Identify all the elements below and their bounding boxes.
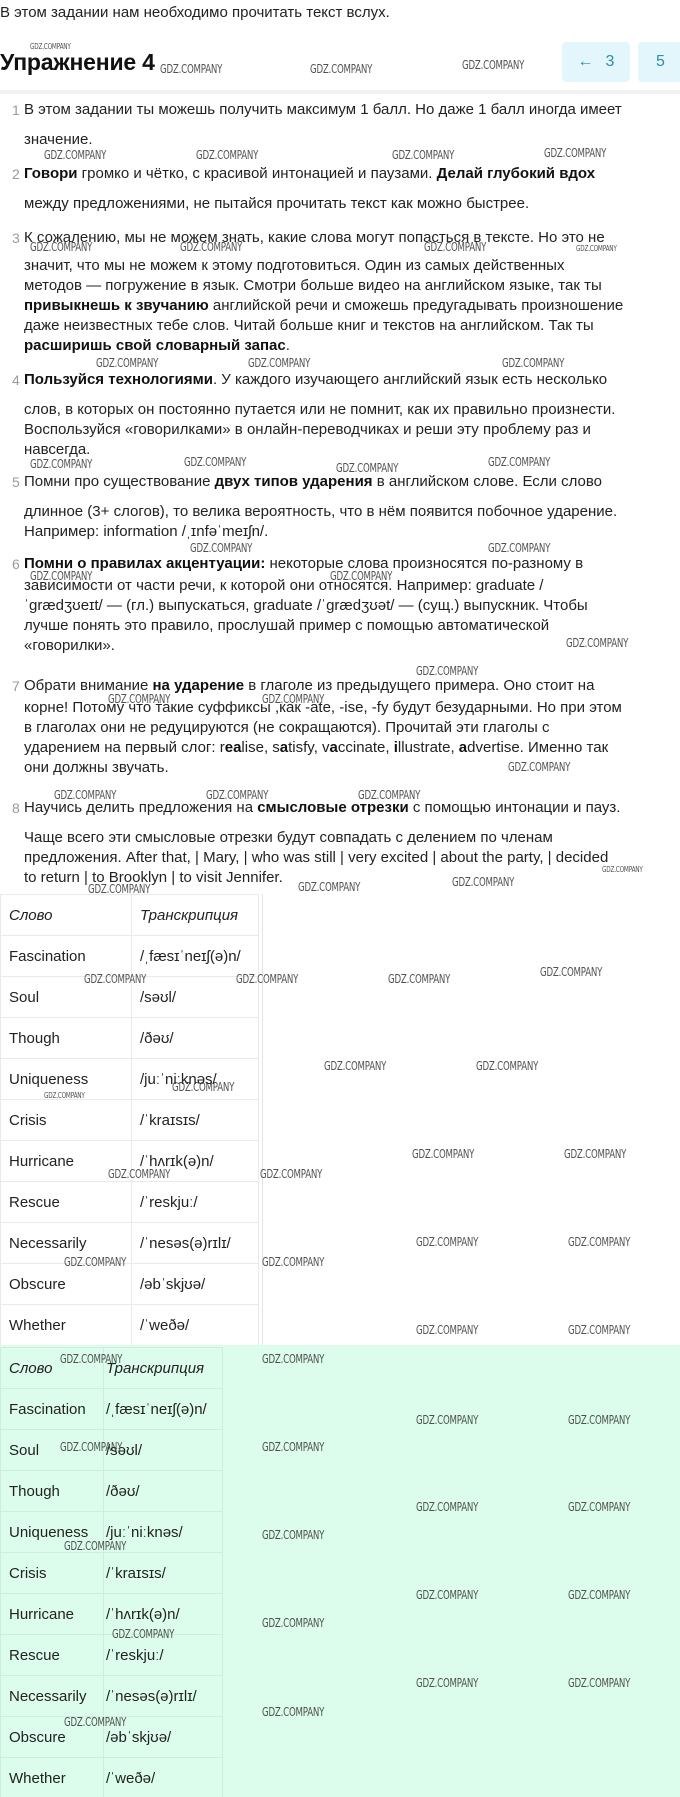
step-text: Научись делить предложения на смысловые … [24,798,674,888]
watermark: GDZ.COMPANY [488,541,550,555]
exercise-header: Упражнение 4 ← 3 5 → [0,42,680,86]
word-cell: Obscure [1,1717,104,1758]
step-line: Говори громко и чётко, с красивой интона… [24,164,674,184]
word-cell: Hurricane [1,1594,104,1635]
step-number: 7 [12,676,20,696]
table-row: Soul/səʊl/ [1,1430,223,1471]
transcription-cell: /ˌfæsɪˈneɪʃ(ə)n/ [104,1389,223,1430]
step-number: 1 [12,100,20,120]
step-text: Обрати внимание на ударение в глаголе из… [24,676,674,778]
watermark: GDZ.COMPANY [564,1147,626,1161]
text: . У каждого изучающего английский язык е… [213,371,607,388]
stressed-syllable: a [459,739,467,756]
text: громко и чётко, с красивой интонацией и … [78,165,437,182]
step-line: Чаще всего эти смысловые отрезки будут с… [24,828,674,848]
emphasis: Пользуйся технологиями [24,371,213,388]
word-cell: Obscure [1,1264,132,1305]
arrow-left-icon: ← [578,53,594,71]
table-row: Hurricane/ˈhʌrɪk(ə)n/ [1,1141,259,1182]
prev-exercise-number: 3 [606,53,615,71]
text: Обрати внимание [24,677,153,694]
transcription-cell: /ˈweðə/ [132,1305,259,1346]
table-row: Though/ðəʊ/ [1,1471,223,1512]
transcription-cell: /juːˈniːknəs/ [104,1512,223,1553]
stressed-verb: satisfy [272,739,313,756]
watermark: GDZ.COMPANY [260,1167,322,1181]
word-cell: Soul [1,1430,104,1471]
watermark: GDZ.COMPANY [196,148,258,162]
stressed-syllable: a [280,739,288,756]
transcription-cell: /ˈkraɪsɪs/ [104,1553,223,1594]
step-line: значит, что мы не можем к этому подготов… [24,256,674,276]
word-cell: Whether [1,1305,132,1346]
watermark: GDZ.COMPANY [44,148,106,162]
word-cell: Though [1,1471,104,1512]
step-line: Научись делить предложения на смысловые … [24,798,674,818]
step-line: они должны звучать. [24,758,674,778]
word-cell: Whether [1,1758,104,1797]
step-line: методов — погружение в язык. Смотри боль… [24,276,674,296]
watermark: GDZ.COMPANY [412,1147,474,1161]
step-text: Помни про существование двух типов ударе… [24,472,674,542]
step-line: расширишь свой словарный запас. [24,336,674,356]
emphasis: расширишь свой словарный запас [24,337,286,354]
word-cell: Fascination [1,1389,104,1430]
table-row: Obscure/əbˈskjʊə/ [1,1264,259,1305]
step-line: В этом задании ты можешь получить максим… [24,100,674,120]
vocab-table: СловоТранскрипцияFascination/ˌfæsɪˈneɪʃ(… [0,894,259,1346]
step-line: длинное (3+ слогов), то велика вероятнос… [24,502,674,522]
emphasis: двух типов ударения [215,473,373,490]
word-cell: Rescue [1,1182,132,1223]
stressed-syllable: a [330,739,338,756]
transcription-cell: /juːˈniːknəs/ [132,1059,259,1100]
transcription-cell: /ðəʊ/ [132,1018,259,1059]
word-cell: Necessarily [1,1223,132,1264]
watermark: GDZ.COMPANY [248,356,310,370]
watermark: GDZ.COMPANY [416,1235,478,1249]
step-text: В этом задании ты можешь получить максим… [24,100,674,150]
table-row: Uniqueness/juːˈniːknəs/ [1,1059,259,1100]
text: . Именно так [520,739,608,756]
step-line: Пользуйся технологиями. У каждого изучаю… [24,370,674,390]
step-line: слов, в которых он постоянно путается ил… [24,400,674,420]
watermark: GDZ.COMPANY [540,965,602,979]
step-line: Например: information /ˌɪnfəˈmeɪʃn/. [24,522,674,542]
step-line: значение. [24,130,674,150]
transcription-cell: /ˈnesəs(ə)rɪlɪ/ [104,1676,223,1717]
step-line: корне! Потому что такие суффиксы ,как -a… [24,698,674,718]
table-row: Necessarily/ˈnesəs(ə)rɪlɪ/ [1,1223,259,1264]
intro-text: В этом задании нам необходимо прочитать … [0,4,390,21]
transcription-cell: /əbˈskjʊə/ [104,1717,223,1758]
word-cell: Uniqueness [1,1512,104,1553]
table-row: Fascination/ˌfæsɪˈneɪʃ(ə)n/ [1,936,259,977]
step-text: Говори громко и чётко, с красивой интона… [24,164,674,214]
step-line: зависимости от части речи, к которой они… [24,576,674,596]
column-header-transcription: Транскрипция [132,895,259,936]
watermark: GDZ.COMPANY [476,1059,538,1073]
stressed-syllable: ea [225,739,242,756]
step-line: Помни про существование двух типов ударе… [24,472,674,492]
prev-exercise-button[interactable]: ← 3 [562,42,630,82]
word-cell: Crisis [1,1100,132,1141]
stressed-verb: realise [220,739,264,756]
table-header-row: СловоТранскрипция [1,1348,223,1389]
table-row: Hurricane/ˈhʌrɪk(ə)n/ [1,1594,223,1635]
word-cell: Hurricane [1,1141,132,1182]
step-line: «говорилки». [24,636,674,656]
step-line: to return | to Brooklyn | to visit Jenni… [24,868,674,888]
stressed-syllable: i [394,739,398,756]
column-header-transcription: Транскрипция [104,1348,223,1389]
step-line: даже неизвестных тебе слов. Читай больше… [24,316,674,336]
step-line: Помни о правилах акцентуации: некоторые … [24,554,674,574]
text: Помни про существование [24,473,215,490]
table-row: Rescue/ˈreskjuː/ [1,1635,223,1676]
emphasis: привыкнешь к звучанию [24,297,209,314]
text: в глаголе из предыдущего примера. Оно ст… [244,677,594,694]
step-line: между предложениями, не пытайся прочитат… [24,194,674,214]
next-exercise-number: 5 [656,53,665,71]
transcription-cell: /ˈhʌrɪk(ə)n/ [104,1594,223,1635]
transcription-cell: /ˈkraɪsɪs/ [132,1100,259,1141]
watermark: GDZ.COMPANY [416,1323,478,1337]
step-number: 8 [12,798,20,818]
watermark: GDZ.COMPANY [388,972,450,986]
step-number: 3 [12,228,20,248]
text: . [286,337,290,354]
next-exercise-button[interactable]: 5 → [638,42,680,82]
transcription-cell: /ˈhʌrɪk(ə)n/ [132,1141,259,1182]
table-row: Soul/səʊl/ [1,977,259,1018]
emphasis: Помни о правилах акцентуации: [24,555,265,572]
table-row: Crisis/ˈkraɪsɪs/ [1,1553,223,1594]
step-line: Обрати внимание на ударение в глаголе из… [24,676,674,696]
transcription-cell: /ˌfæsɪˈneɪʃ(ə)n/ [132,936,259,977]
transcription-cell: /ˈnesəs(ə)rɪlɪ/ [132,1223,259,1264]
word-cell: Fascination [1,936,132,977]
transcription-cell: /ðəʊ/ [104,1471,223,1512]
emphasis: на ударение [153,677,245,694]
transcription-cell: /ˈweðə/ [104,1758,223,1797]
watermark: GDZ.COMPANY [502,356,564,370]
table-row: Uniqueness/juːˈniːknəs/ [1,1512,223,1553]
step-number: 5 [12,472,20,492]
emphasis: смысловые отрезки [257,799,408,816]
word-cell: Necessarily [1,1676,104,1717]
word-cell: Rescue [1,1635,104,1676]
step-line: ударением на первый слог: realise, satis… [24,738,674,758]
transcription-cell: /səʊl/ [132,977,259,1018]
emphasis: Делай глубокий вдох [437,165,595,182]
watermark: GDZ.COMPANY [190,541,252,555]
step-line: ˈɡrædʒʊeɪt/ — (гл.) выпускаться, graduat… [24,596,674,616]
transcription-cell: /ˈreskjuː/ [132,1182,259,1223]
watermark: GDZ.COMPANY [392,148,454,162]
table-row: Whether/ˈweðə/ [1,1758,223,1797]
table-row: Though/ðəʊ/ [1,1018,259,1059]
text: ударением на первый слог: [24,739,220,756]
table-row: Necessarily/ˈnesəs(ə)rɪlɪ/ [1,1676,223,1717]
watermark: GDZ.COMPANY [568,1235,630,1249]
emphasis: Говори [24,165,78,182]
watermark: GDZ.COMPANY [324,1059,386,1073]
stressed-verb: vaccinate [322,739,385,756]
text: некоторые слова произносятся по-разному … [265,555,583,572]
step-number: 4 [12,370,20,390]
transcription-cell: /səʊl/ [104,1430,223,1471]
text: английской речи и сможешь предугадывать … [209,297,624,314]
step-line: в глаголах они не редуцируются (не сокра… [24,718,674,738]
transcription-cell: /əbˈskjʊə/ [132,1264,259,1305]
step-line: Воспользуйся «говорилками» в онлайн-пере… [24,420,674,440]
watermark: GDZ.COMPANY [96,356,158,370]
table-row: Crisis/ˈkraɪsɪs/ [1,1100,259,1141]
table-divider [262,894,263,1345]
text: с помощью интонации и пауз. [409,799,621,816]
stressed-verb: illustrate [394,739,451,756]
step-number: 6 [12,554,20,574]
watermark: GDZ.COMPANY [262,1255,324,1269]
table-row: Obscure/əbˈskjʊə/ [1,1717,223,1758]
vocab-table-answer: СловоТранскрипцияFascination/ˌfæsɪˈneɪʃ(… [0,1347,223,1797]
step-line: К сожалению, мы не можем знать, какие сл… [24,228,674,248]
header-divider [0,90,680,94]
stressed-verb: advertise [459,739,520,756]
step-line: предложения. After that, | Mary, | who w… [24,848,674,868]
step-text: К сожалению, мы не можем знать, какие сл… [24,228,674,356]
step-line: привыкнешь к звучанию английской речи и … [24,296,674,316]
text: Научись делить предложения на [24,799,257,816]
step-text: Помни о правилах акцентуации: некоторые … [24,554,674,656]
step-number: 2 [12,164,20,184]
word-cell: Crisis [1,1553,104,1594]
table-row: Fascination/ˌfæsɪˈneɪʃ(ə)n/ [1,1389,223,1430]
word-cell: Soul [1,977,132,1018]
column-header-word: Слово [1,1348,104,1389]
step-line: лучше понять это правило, прослушай прим… [24,616,674,636]
watermark: GDZ.COMPANY [568,1323,630,1337]
table-row: Whether/ˈweðə/ [1,1305,259,1346]
page-title: Упражнение 4 [0,49,155,76]
table-row: Rescue/ˈreskjuː/ [1,1182,259,1223]
word-cell: Uniqueness [1,1059,132,1100]
step-text: Пользуйся технологиями. У каждого изучаю… [24,370,674,460]
column-header-word: Слово [1,895,132,936]
step-line: навсегда. [24,440,674,460]
stressed-verbs: realise, satisfy, vaccinate, illustrate,… [220,739,520,756]
table-header-row: СловоТранскрипция [1,895,259,936]
word-cell: Though [1,1018,132,1059]
text: в английском слове. Если слово [373,473,602,490]
transcription-cell: /ˈreskjuː/ [104,1635,223,1676]
